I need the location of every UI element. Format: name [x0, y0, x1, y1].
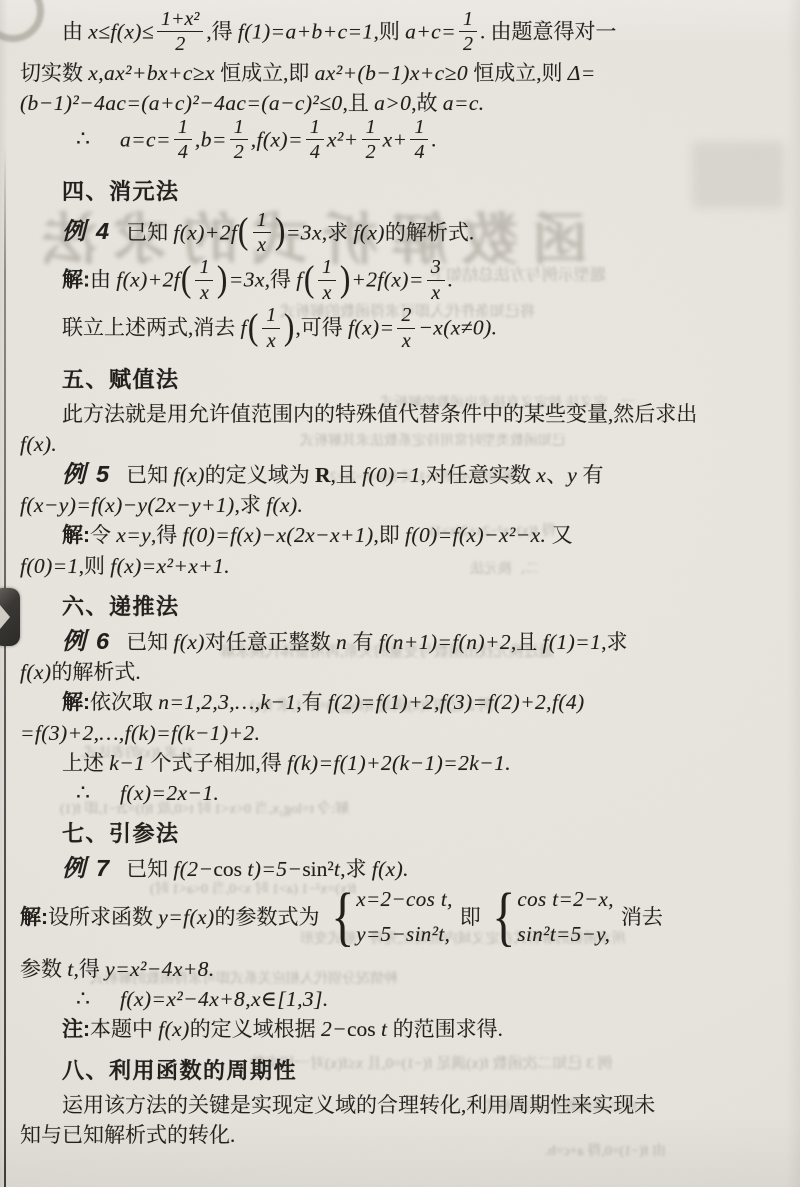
therefore-symbol: ∴	[76, 780, 90, 805]
case-row: y=5−sin²t,	[356, 917, 453, 952]
math-run: f(2−	[173, 857, 213, 881]
math-run: ,f(x)=	[251, 127, 303, 151]
math-run: f(x)+2f	[173, 220, 237, 244]
math-run: f(x)=x²+x+1.	[110, 554, 230, 578]
math-run: x²+	[327, 127, 359, 151]
math-run: n	[336, 630, 347, 654]
fraction: 14	[306, 116, 324, 164]
cjk-text: ,求	[235, 493, 267, 517]
cjk-text: ,得	[265, 268, 297, 292]
cjk-text: ,则	[79, 554, 111, 578]
cjk-text: ,有	[296, 690, 328, 714]
math-run: .	[448, 268, 454, 292]
math-run: f(1)=1	[543, 630, 602, 654]
example-label: 例 7	[62, 855, 111, 881]
math-run: f(0)=1	[362, 463, 421, 487]
cjk-text: 上述	[62, 751, 109, 775]
text-line: ∴f(x)=x²−4x+8,x∈[1,3].	[20, 984, 782, 1014]
cjk-text: 令	[90, 523, 116, 547]
math-run: f(2)=f(1)+2,f(3)=f(2)+2,f(4)	[328, 690, 585, 714]
math-run: f(x).	[20, 432, 57, 456]
fraction: 1x	[262, 304, 280, 352]
fraction: 1x	[318, 256, 336, 304]
text-line: ∴a=c=14,b=12,f(x)=14x²+12x+14.	[20, 118, 782, 166]
bold-label: 解:	[62, 269, 90, 292]
text-line: 注:本题中 f(x)的定义域根据 2−cos t 的范围求得.	[20, 1014, 782, 1045]
text-line: f(x)的解析式.	[20, 657, 782, 687]
paren-fraction: (1x)	[247, 316, 296, 340]
cjk-text: 的范围求得.	[387, 1017, 503, 1041]
math-run: f(x)	[158, 1017, 189, 1041]
math-run: f(x)	[173, 463, 204, 487]
cjk-text: 即	[460, 905, 481, 929]
math-run: f(0)=f(x)−x²−x.	[405, 523, 546, 547]
example-label: 例 4	[62, 218, 111, 244]
math-run: a>0	[374, 91, 411, 115]
cjk-text: 的解析式.	[51, 660, 140, 684]
cjk-text: 已知	[126, 220, 173, 244]
cjk-text: 此方法就是用允许值范围内的特殊值代替条件中的某些变量,然后求出	[62, 402, 697, 426]
math-run: f(x)	[353, 220, 384, 244]
cjk-text: ,可得	[296, 316, 349, 340]
cjk-text: ,求	[322, 220, 354, 244]
text-line: 联立上述两式,消去 f(1x),可得 f(x)=2x−x(x≠0).	[20, 306, 782, 354]
therefore-symbol: ∴	[76, 986, 90, 1011]
math-run: y=f(x)	[158, 905, 214, 929]
example-label: 例 6	[62, 628, 111, 654]
fraction: 2x	[397, 304, 415, 352]
cjk-text: ,且	[343, 91, 375, 115]
cjk-text: 个式子相加,得	[145, 751, 287, 775]
math-run: f(x).	[372, 857, 409, 881]
page-edge-line	[4, 148, 6, 1187]
math-run: f(x)	[173, 630, 204, 654]
cjk-text: ,则	[374, 20, 406, 44]
math-run: x=y	[116, 523, 151, 547]
bold-label: 解:	[62, 691, 90, 714]
text-line: 解:设所求函数 y=f(x)的参数式为{x=2−cos t,y=5−sin²t,…	[20, 884, 782, 954]
cjk-text: ,得	[74, 957, 106, 981]
cjk-text: 的参数式为	[215, 905, 320, 929]
therefore-symbol: ∴	[76, 126, 90, 151]
fraction: 1x	[195, 256, 213, 304]
cjk-text: 对任意正整数	[205, 630, 336, 654]
case-row: sin²t=5−y,	[517, 917, 614, 952]
cases-group: {cos t=2−x,sin²t=5−y,	[488, 882, 614, 952]
math-run: +2f(x)=	[351, 268, 423, 292]
text-line: f(0)=1,则 f(x)=x²+x+1.	[20, 551, 782, 581]
text-line: (b−1)²−4ac=(a+c)²−4ac=(a−c)²≤0,且 a>0,故 a…	[20, 88, 782, 118]
math-run: a+c=	[405, 20, 456, 44]
section-heading: 四、消元法	[62, 175, 782, 206]
case-row: cos t=2−x,	[517, 882, 614, 917]
math-run: f(x)=x²−4x+8,x∈[1,3].	[120, 987, 329, 1011]
math-run: f(n+1)=f(n)+2	[379, 630, 511, 654]
math-run: n=1,2,3,…,k−1	[158, 690, 296, 714]
cjk-text: 有	[577, 463, 603, 487]
text-line: =f(3)+2,…,f(k)=f(k−1)+2.	[20, 718, 782, 748]
math-run: x	[536, 463, 546, 487]
section-heading: 六、递推法	[62, 590, 782, 621]
paren-fraction: (1x)	[237, 220, 286, 244]
example-label: 例 5	[62, 461, 111, 487]
bold-math: R	[315, 463, 331, 487]
cjk-text: 依次取	[90, 690, 158, 714]
cjk-text: 运用该方法的关键是实现定义域的合理转化,利用周期性来实现未	[62, 1093, 655, 1117]
text-line: 此方法就是用允许值范围内的特殊值代替条件中的某些变量,然后求出	[20, 399, 782, 429]
text-line: 由 x≤f(x)≤1+x²2,得 f(1)=a+b+c=1,则 a+c=12. …	[20, 10, 782, 58]
cjk-text: 知与已知解析式的转化.	[20, 1123, 235, 1147]
text-line: 运用该方法的关键是实现定义域的合理转化,利用周期性来实现未	[20, 1090, 782, 1120]
scanned-textbook-page: 函数解析式的求法 题型示例与方法总结如下将已知条件代入即可求得函数的解析式一、定…	[0, 0, 800, 1187]
cjk-text: 由	[90, 268, 116, 292]
math-run: f	[241, 316, 247, 340]
text-column: 由 x≤f(x)≤1+x²2,得 f(1)=a+b+c=1,则 a+c=12. …	[0, 0, 800, 1150]
cjk-text: 恒成立,则	[468, 61, 568, 85]
fraction: 14	[174, 116, 192, 164]
cjk-text: ,求	[340, 857, 372, 881]
cjk-text: 的定义域为	[205, 463, 315, 487]
cjk-text: 恒成立,即	[215, 61, 315, 85]
cjk-text: 有	[347, 630, 379, 654]
math-run: (b−1)²−4ac=(a+c)²−4ac=(a−c)²≤0	[20, 91, 343, 115]
cjk-text: 参数	[20, 957, 67, 981]
bold-label: 注:	[62, 1018, 90, 1041]
text-line: 解:依次取 n=1,2,3,…,k−1,有 f(2)=f(1)+2,f(3)=f…	[20, 687, 782, 718]
text-line: 例 4已知 f(x)+2f(1x)=3x,求 f(x)的解析式.	[20, 211, 782, 259]
cjk-text: 已知	[126, 857, 173, 881]
cjk-text: . 由题意得对一	[480, 20, 617, 44]
math-run: =3x	[229, 268, 265, 292]
cjk-text: ,且	[331, 463, 363, 487]
math-run: f(x)=	[348, 316, 394, 340]
cjk-text: ,即	[374, 523, 406, 547]
math-run: ax²+(b−1)x+c≥0	[315, 61, 468, 85]
math-run: f(x).	[266, 493, 303, 517]
paren-fraction: (1x)	[180, 268, 229, 292]
math-run: a=c=	[120, 127, 171, 151]
text-line: ∴f(x)=2x−1.	[20, 778, 782, 808]
math-run: x≤f(x)≤	[88, 20, 154, 44]
math-run: y	[567, 463, 577, 487]
roman-function: cos	[347, 1017, 381, 1041]
math-run: 2−	[321, 1017, 347, 1041]
math-run: f(0)=f(x)−x(2x−x+1)	[183, 523, 374, 547]
fraction: 3x	[427, 256, 445, 304]
section-heading: 八、利用函数的周期性	[62, 1054, 782, 1085]
text-line: 参数 t,得 y=x²−4x+8.	[20, 954, 782, 984]
fraction: 12	[459, 8, 477, 56]
text-line: f(x−y)=f(x)−y(2x−y+1),求 f(x).	[20, 490, 782, 520]
text-line: 解:令 x=y,得 f(0)=f(x)−x(2x−x+1),即 f(0)=f(x…	[20, 520, 782, 551]
math-run: f(x)	[20, 660, 51, 684]
roman-function: sin²	[302, 857, 334, 881]
bold-label: 解:	[20, 906, 48, 929]
math-run: ,b=	[195, 127, 227, 151]
cjk-text: 已知	[126, 630, 173, 654]
math-run: f(1)=a+b+c=1	[238, 20, 374, 44]
cjk-text: 由	[62, 20, 88, 44]
text-line: 上述 k−1 个式子相加,得 f(k)=f(1)+2(k−1)=2k−1.	[20, 748, 782, 778]
math-run: f(k)=f(1)+2(k−1)=2k−1.	[287, 751, 511, 775]
cases-group: {x=2−cos t,y=5−sin²t,	[327, 882, 453, 952]
math-run: f(x)+2f	[116, 268, 180, 292]
cjk-text: ,对任意实数	[421, 463, 537, 487]
fraction: 1+x²2	[157, 8, 203, 56]
math-run: f(x)=2x−1.	[120, 781, 219, 805]
math-run: =3x	[286, 220, 322, 244]
roman-function: cos	[213, 857, 247, 881]
math-run: t)=5−	[247, 857, 302, 881]
text-line: 知与已知解析式的转化.	[20, 1120, 782, 1150]
text-line: f(x).	[20, 429, 782, 459]
cjk-text: 本题中	[90, 1017, 158, 1041]
math-run: =f(3)+2,…,f(k)=f(k−1)+2.	[20, 721, 260, 745]
cjk-text: 消去	[621, 905, 663, 929]
math-run: a=c.	[443, 91, 485, 115]
bold-label: 解:	[62, 524, 90, 547]
cjk-text: ,得	[151, 523, 183, 547]
fraction: 1x	[253, 209, 271, 257]
math-run: f(x−y)=f(x)−y(2x−y+1)	[20, 493, 235, 517]
section-heading: 五、赋值法	[62, 363, 782, 394]
math-run: .	[431, 127, 437, 151]
section-heading: 七、引参法	[62, 817, 782, 848]
paren-fraction: (1x)	[303, 268, 352, 292]
math-run: x,ax²+bx+c≥x	[88, 61, 215, 85]
fraction: 12	[230, 116, 248, 164]
text-line: 例 6已知 f(x)对任意正整数 n 有 f(n+1)=f(n)+2,且 f(1…	[20, 626, 782, 657]
case-row: x=2−cos t,	[356, 882, 453, 917]
cjk-text: ,得	[206, 20, 238, 44]
text-line: 切实数 x,ax²+bx+c≥x 恒成立,即 ax²+(b−1)x+c≥0 恒成…	[20, 58, 782, 88]
cjk-text: 已知	[126, 463, 173, 487]
cjk-text: 、	[546, 463, 567, 487]
cjk-text: 的解析式.	[385, 220, 474, 244]
math-run: f(0)=1	[20, 554, 79, 578]
cjk-text: ,且	[511, 630, 543, 654]
text-line: 解:由 f(x)+2f(1x)=3x,得 f(1x)+2f(x)=3x.	[20, 258, 782, 306]
cjk-text: 的定义域根据	[190, 1017, 321, 1041]
cjk-text: 联立上述两式,消去	[62, 316, 241, 340]
math-run: y=x²−4x+8.	[105, 957, 214, 981]
math-run: k−1	[109, 751, 145, 775]
cjk-text: ,故	[411, 91, 443, 115]
cjk-text: 切实数	[20, 61, 88, 85]
text-line: 例 5已知 f(x)的定义域为 R,且 f(0)=1,对任意实数 x、y 有	[20, 459, 782, 490]
cjk-text: ,求	[601, 630, 627, 654]
math-run: Δ=	[568, 61, 596, 85]
cjk-text: 设所求函数	[48, 905, 158, 929]
binder-tab-icon	[0, 588, 20, 646]
math-run: −x(x≠0).	[418, 316, 497, 340]
fraction: 14	[410, 116, 428, 164]
math-run: f	[296, 268, 302, 292]
cjk-text: 又	[546, 523, 572, 547]
math-run: x+	[383, 127, 408, 151]
fraction: 12	[362, 116, 380, 164]
text-line: 例 7已知 f(2−cos t)=5−sin²t,求 f(x).	[20, 853, 782, 884]
